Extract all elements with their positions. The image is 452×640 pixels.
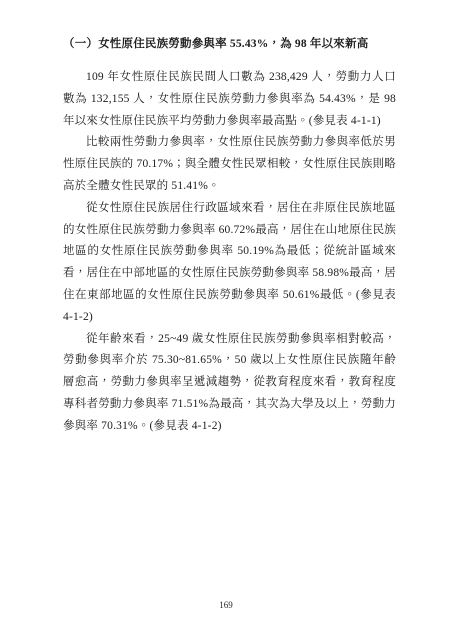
section-heading: （一）女性原住民族勞動參與率 55.43%，為 98 年以來新高 — [63, 36, 396, 52]
document-content: （一）女性原住民族勞動參與率 55.43%，為 98 年以來新高 109 年女性… — [63, 36, 396, 438]
paragraph-gender-comparison: 比較兩性勞動力參與率，女性原住民族勞動力參與率低於男性原住民族的 70.17%；… — [63, 132, 396, 197]
paragraph-labor-participation-rate: 109 年女性原住民族民間人口數為 238,429 人，勞動力人口數為 132,… — [63, 67, 396, 132]
document-page: （一）女性原住民族勞動參與率 55.43%，為 98 年以來新高 109 年女性… — [0, 0, 452, 640]
paragraph-age-education: 從年齡來看，25~49 歲女性原住民族勞動參與率相對較高，勞動參與率介於 75.… — [63, 329, 396, 438]
page-number: 169 — [0, 600, 452, 610]
paragraph-region-comparison: 從女性原住民族居住行政區域來看，居住在非原住民族地區的女性原住民族勞動力參與率 … — [63, 198, 396, 329]
